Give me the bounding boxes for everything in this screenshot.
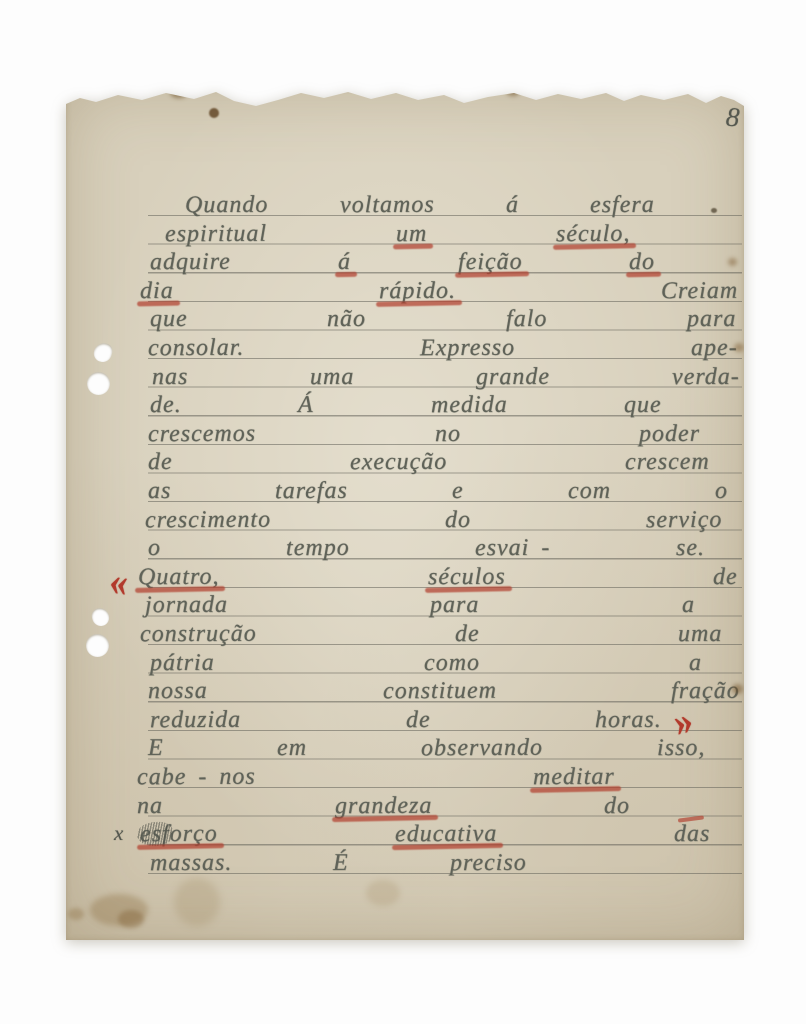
handwritten-word: as	[148, 476, 172, 506]
handwritten-word: adquire	[150, 247, 231, 277]
manuscript-line-22: nagrandezado	[137, 791, 630, 821]
manuscript-line-6: consolar.Expressoape-	[148, 333, 738, 363]
stain	[209, 108, 219, 118]
handwritten-word: É	[333, 848, 349, 878]
manuscript-line-1: Quandovoltamosáesfera	[185, 190, 655, 220]
handwritten-word: de	[148, 447, 173, 477]
handwritten-word: jornada	[145, 590, 228, 620]
manuscript-line-23: esforçoeducativadas	[140, 819, 710, 849]
punch-hole	[87, 372, 110, 395]
manuscript-paper: 8 Quandovoltamosáesferaespiritualumsécul…	[66, 88, 744, 940]
handwritten-word: crescem	[625, 447, 710, 477]
margin-x-mark: x	[114, 821, 123, 846]
stain	[711, 208, 717, 213]
manuscript-line-8: de.Ámedidaque	[150, 390, 662, 420]
handwritten-word: que	[624, 390, 662, 420]
handwritten-word: meditar	[533, 762, 615, 792]
manuscript-line-4: diarápido.Creiam	[140, 276, 738, 306]
handwritten-word: construção	[140, 619, 257, 650]
handwritten-word: um	[396, 219, 428, 249]
handwritten-word: crescimento	[145, 505, 271, 536]
handwritten-word: como	[424, 648, 480, 678]
handwritten-word: a	[682, 590, 695, 620]
handwritten-word: grande	[476, 362, 550, 392]
handwritten-word: uma	[310, 362, 355, 392]
manuscript-line-21: cabe - nosmeditar	[137, 762, 615, 792]
manuscript-line-11: astarefasecomo	[148, 476, 728, 506]
manuscript-line-17: pátriacomoa	[150, 648, 702, 678]
handwritten-word: falo	[506, 304, 548, 334]
handwritten-word: século,	[556, 219, 630, 249]
handwritten-word: Quando	[185, 190, 268, 220]
handwritten-word: horas.	[595, 705, 662, 735]
handwritten-word: Creiam	[661, 276, 738, 306]
handwritten-word: que	[150, 304, 188, 334]
handwritten-word: preciso	[450, 848, 527, 878]
handwritten-word: grandeza	[335, 791, 432, 822]
manuscript-line-2: espiritualumséculo,	[165, 219, 630, 249]
handwritten-word: esfera	[590, 190, 655, 220]
handwritten-word: séculos	[427, 562, 505, 592]
torn-punch-hole	[91, 607, 111, 628]
handwritten-word: tarefas	[275, 476, 348, 506]
handwritten-word: do	[445, 505, 471, 535]
handwritten-word: do	[604, 791, 630, 821]
manuscript-line-5: quenãofalopara	[150, 304, 736, 334]
handwritten-word: de	[455, 619, 480, 649]
handwritten-word: dia	[140, 276, 174, 306]
page-number: 8	[725, 102, 741, 134]
stain	[174, 878, 220, 926]
handwritten-word: tempo	[286, 533, 350, 563]
handwritten-word: das	[674, 819, 711, 849]
handwritten-word: execução	[350, 447, 447, 478]
manuscript-line-24: massas.Épreciso	[150, 848, 527, 878]
handwritten-word: a	[689, 648, 702, 678]
handwritten-word: em	[277, 733, 307, 763]
handwritten-word: espiritual	[165, 219, 267, 250]
manuscript-line-9: crescemosnopoder	[148, 419, 700, 449]
manuscript-line-18: nossaconstituemfração	[148, 676, 740, 706]
stain	[68, 908, 84, 920]
manuscript-line-19: reduzidadehoras.	[150, 705, 662, 735]
handwritten-word: de	[406, 705, 431, 735]
manuscript-line-20: Eemobservandoisso,	[148, 733, 705, 763]
manuscript-line-15: jornadaparaa	[145, 590, 695, 620]
handwritten-word: o	[148, 533, 161, 563]
manuscript-line-16: construçãodeuma	[140, 619, 722, 649]
handwritten-word: para	[687, 304, 737, 334]
handwritten-word: feição	[457, 247, 522, 277]
handwritten-word: uma	[678, 619, 723, 649]
handwritten-word: e	[452, 476, 464, 506]
handwritten-word: na	[137, 791, 163, 821]
handwritten-word: rápido.	[379, 276, 456, 306]
handwritten-word: do	[629, 247, 655, 277]
stain	[170, 86, 188, 98]
manuscript-line-14: Quatro,séculosde	[138, 562, 738, 592]
handwritten-word: de.	[150, 390, 182, 420]
handwritten-word: voltamos	[340, 190, 435, 220]
stain	[366, 880, 400, 906]
handwritten-word: Á	[298, 390, 314, 420]
handwritten-word: com	[568, 476, 611, 506]
handwritten-word: ape-	[691, 333, 738, 363]
handwritten-word: E	[148, 733, 164, 763]
handwritten-word: constituem	[382, 676, 496, 707]
handwritten-word: Expresso	[420, 333, 515, 363]
torn-punch-hole	[92, 341, 114, 364]
handwritten-word: cabe - nos	[137, 762, 256, 793]
manuscript-line-3: adquireáfeiçãodo	[150, 247, 655, 277]
handwritten-word: se.	[676, 533, 705, 563]
manuscript-line-12: crescimentodoserviço	[145, 505, 722, 535]
handwritten-word: não	[327, 304, 366, 334]
handwritten-word: consolar.	[148, 333, 244, 364]
handwritten-word: esvai -	[475, 533, 550, 563]
handwritten-word: pátria	[150, 648, 215, 678]
handwritten-word: verda-	[672, 362, 740, 392]
stain	[734, 343, 744, 352]
manuscript-line-7: nasumagrandeverda-	[152, 362, 740, 392]
scanned-manuscript-page: 8 Quandovoltamosáesferaespiritualumsécul…	[0, 0, 806, 1024]
stain	[118, 910, 144, 928]
handwritten-word: o	[715, 476, 728, 506]
handwritten-word: para	[430, 590, 480, 620]
handwritten-word: educativa	[394, 819, 496, 850]
stain	[728, 258, 737, 266]
handwritten-word: á	[506, 190, 519, 220]
punch-hole	[86, 634, 109, 657]
paper-shadow-wrap: 8 Quandovoltamosáesferaespiritualumsécul…	[0, 0, 806, 1024]
handwritten-word: serviço	[646, 505, 722, 535]
handwritten-word: medida	[431, 390, 508, 420]
handwritten-word: nas	[152, 362, 189, 392]
handwritten-word: esforço	[140, 819, 218, 849]
red-open-guillemet-mark: «	[108, 563, 128, 599]
handwritten-word: crescemos	[148, 419, 256, 450]
handwritten-word: Quatro,	[138, 562, 220, 592]
handwritten-word: á	[338, 247, 351, 277]
handwritten-word: no	[434, 419, 460, 449]
handwritten-word: reduzida	[150, 705, 241, 735]
handwritten-word: nossa	[148, 676, 208, 706]
handwritten-word: poder	[639, 419, 700, 449]
manuscript-line-13: otempoesvai -se.	[148, 533, 705, 563]
stain	[506, 86, 520, 96]
handwritten-word: massas.	[150, 848, 233, 878]
manuscript-line-10: deexecuçãocrescem	[148, 447, 710, 477]
stain	[732, 684, 743, 694]
handwritten-word: de	[713, 562, 738, 592]
handwritten-word: observando	[421, 733, 543, 764]
